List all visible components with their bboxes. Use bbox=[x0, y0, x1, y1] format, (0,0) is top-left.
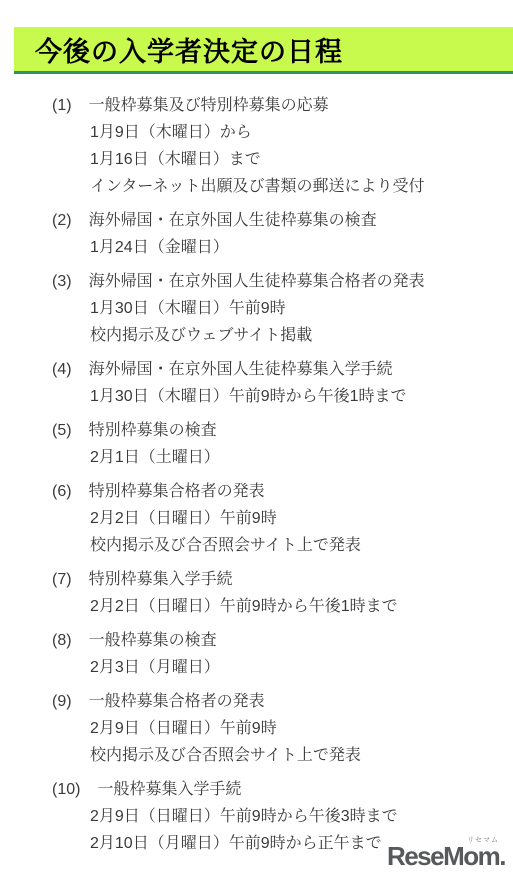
schedule-item-8: (8)一般枠募集の検査 2月3日（月曜日） bbox=[0, 627, 513, 681]
item-details: 2月1日（土曜日） bbox=[0, 444, 513, 471]
item-heading: (10)一般枠募集入学手続 bbox=[0, 776, 513, 803]
item-label: 一般枠募集合格者の発表 bbox=[89, 693, 265, 710]
schedule-item-9: (9)一般枠募集合格者の発表 2月9日（日曜日）午前9時 校内掲示及び合否照会サ… bbox=[0, 688, 513, 769]
item-detail: 2月9日（日曜日）午前9時から午後3時まで bbox=[90, 803, 513, 830]
item-number: (7) bbox=[52, 566, 72, 593]
item-detail: 1月30日（木曜日）午前9時 bbox=[90, 295, 513, 322]
item-details: 1月24日（金曜日） bbox=[0, 234, 513, 261]
item-heading: (5)特別枠募集の検査 bbox=[0, 417, 513, 444]
item-number: (8) bbox=[52, 627, 72, 654]
item-detail: 校内掲示及び合否照会サイト上で発表 bbox=[90, 532, 513, 559]
item-detail: 2月2日（日曜日）午前9時 bbox=[90, 505, 513, 532]
item-heading: (4)海外帰国・在京外国人生徒枠募集入学手続 bbox=[0, 356, 513, 383]
item-number: (1) bbox=[52, 92, 72, 119]
schedule-list: (1)一般枠募集及び特別枠募集の応募 1月9日（木曜日）から 1月16日（木曜日… bbox=[0, 92, 513, 864]
item-detail: 1月16日（木曜日）まで bbox=[90, 146, 513, 173]
item-label: 特別枠募集合格者の発表 bbox=[89, 483, 265, 500]
item-label: 特別枠募集入学手続 bbox=[89, 571, 233, 588]
item-number: (5) bbox=[52, 417, 72, 444]
item-detail: 2月9日（日曜日）午前9時 bbox=[90, 715, 513, 742]
schedule-item-1: (1)一般枠募集及び特別枠募集の応募 1月9日（木曜日）から 1月16日（木曜日… bbox=[0, 92, 513, 200]
item-details: 2月9日（日曜日）午前9時 校内掲示及び合否照会サイト上で発表 bbox=[0, 715, 513, 769]
item-details: 1月30日（木曜日）午前9時から午後1時まで bbox=[0, 383, 513, 410]
schedule-item-2: (2)海外帰国・在京外国人生徒枠募集の検査 1月24日（金曜日） bbox=[0, 207, 513, 261]
item-label: 一般枠募集及び特別枠募集の応募 bbox=[89, 97, 329, 114]
item-number: (2) bbox=[52, 207, 72, 234]
item-label: 特別枠募集の検査 bbox=[89, 422, 217, 439]
item-label: 海外帰国・在京外国人生徒枠募集の検査 bbox=[89, 212, 377, 229]
item-details: 1月9日（木曜日）から 1月16日（木曜日）まで インターネット出願及び書類の郵… bbox=[0, 119, 513, 200]
item-label: 一般枠募集の検査 bbox=[89, 632, 217, 649]
item-label: 一般枠募集入学手続 bbox=[97, 781, 241, 798]
schedule-item-5: (5)特別枠募集の検査 2月1日（土曜日） bbox=[0, 417, 513, 471]
item-number: (4) bbox=[52, 356, 72, 383]
schedule-item-7: (7)特別枠募集入学手続 2月2日（日曜日）午前9時から午後1時まで bbox=[0, 566, 513, 620]
item-detail: インターネット出願及び書類の郵送により受付 bbox=[90, 173, 513, 200]
item-label: 海外帰国・在京外国人生徒枠募集合格者の発表 bbox=[89, 273, 425, 290]
item-detail: 2月3日（月曜日） bbox=[90, 654, 513, 681]
resemom-ruby-text: リセマム bbox=[467, 837, 499, 844]
page-title: 今後の入学者決定の日程 bbox=[14, 30, 343, 69]
item-detail: 1月24日（金曜日） bbox=[90, 234, 513, 261]
item-details: 1月30日（木曜日）午前9時 校内掲示及びウェブサイト掲載 bbox=[0, 295, 513, 349]
page: 今後の入学者決定の日程 (1)一般枠募集及び特別枠募集の応募 1月9日（木曜日）… bbox=[0, 0, 513, 882]
resemom-logo-period: . bbox=[499, 841, 505, 871]
item-number: (10) bbox=[52, 776, 80, 803]
schedule-item-3: (3)海外帰国・在京外国人生徒枠募集合格者の発表 1月30日（木曜日）午前9時 … bbox=[0, 268, 513, 349]
item-label: 海外帰国・在京外国人生徒枠募集入学手続 bbox=[89, 361, 393, 378]
item-details: 2月2日（日曜日）午前9時 校内掲示及び合否照会サイト上で発表 bbox=[0, 505, 513, 559]
resemom-logo-text: ReseMom. bbox=[387, 841, 505, 871]
item-details: 2月3日（月曜日） bbox=[0, 654, 513, 681]
header-bar: 今後の入学者決定の日程 bbox=[14, 27, 513, 74]
item-heading: (6)特別枠募集合格者の発表 bbox=[0, 478, 513, 505]
item-detail: 校内掲示及びウェブサイト掲載 bbox=[90, 322, 513, 349]
item-detail: 2月2日（日曜日）午前9時から午後1時まで bbox=[90, 593, 513, 620]
item-detail: 2月1日（土曜日） bbox=[90, 444, 513, 471]
item-detail: 校内掲示及び合否照会サイト上で発表 bbox=[90, 742, 513, 769]
schedule-item-4: (4)海外帰国・在京外国人生徒枠募集入学手続 1月30日（木曜日）午前9時から午… bbox=[0, 356, 513, 410]
item-heading: (1)一般枠募集及び特別枠募集の応募 bbox=[0, 92, 513, 119]
item-heading: (8)一般枠募集の検査 bbox=[0, 627, 513, 654]
item-detail: 1月30日（木曜日）午前9時から午後1時まで bbox=[90, 383, 513, 410]
item-number: (3) bbox=[52, 268, 72, 295]
resemom-watermark: リセマム ReseMom. bbox=[387, 843, 505, 869]
item-detail: 1月9日（木曜日）から bbox=[90, 119, 513, 146]
item-number: (9) bbox=[52, 688, 72, 715]
item-details: 2月2日（日曜日）午前9時から午後1時まで bbox=[0, 593, 513, 620]
schedule-item-6: (6)特別枠募集合格者の発表 2月2日（日曜日）午前9時 校内掲示及び合否照会サ… bbox=[0, 478, 513, 559]
item-heading: (9)一般枠募集合格者の発表 bbox=[0, 688, 513, 715]
item-heading: (3)海外帰国・在京外国人生徒枠募集合格者の発表 bbox=[0, 268, 513, 295]
item-heading: (7)特別枠募集入学手続 bbox=[0, 566, 513, 593]
item-number: (6) bbox=[52, 478, 72, 505]
item-heading: (2)海外帰国・在京外国人生徒枠募集の検査 bbox=[0, 207, 513, 234]
